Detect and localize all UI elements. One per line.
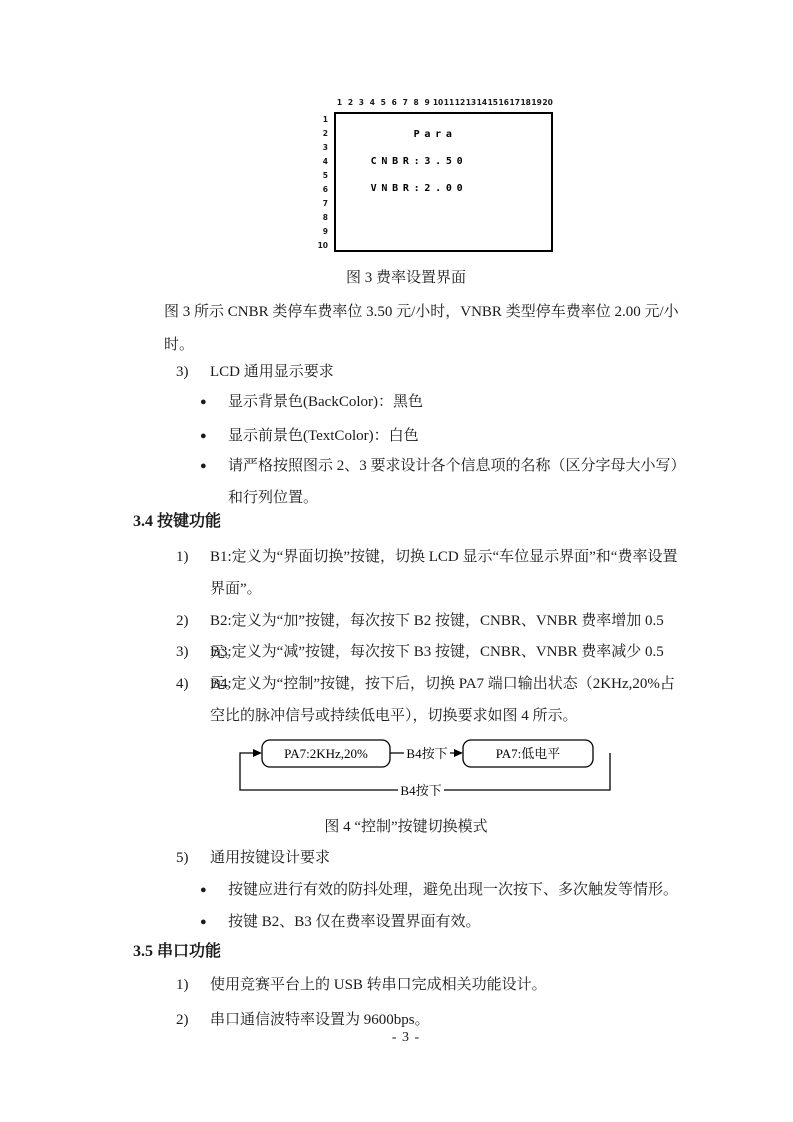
bullet-text: 显示背景色(BackColor)：黑色 (228, 386, 423, 418)
lcd-row-number: 1 (312, 112, 328, 126)
list-item-text: LCD 通用显示要求 (210, 356, 334, 388)
lcd-screen-char: 5 (444, 155, 455, 169)
lcd-screen-char: 0 (454, 182, 465, 196)
lcd-row-number: 4 (312, 154, 328, 168)
lcd-screen-char: : (411, 182, 422, 196)
lcd-screen-char: 2 (422, 182, 433, 196)
lcd-screen-char: B (390, 182, 401, 196)
bullet-icon: ● (200, 906, 228, 938)
lcd-col-number: 14 (476, 96, 487, 110)
arrowhead-icon (253, 749, 262, 757)
state-box-pulse-label: PA7:2KHz,20% (284, 746, 368, 761)
bullet-text: 显示前景色(TextColor)：白色 (228, 420, 419, 452)
list-item-marker: 3) (176, 636, 210, 668)
list-item-text: 通用按键设计要求 (210, 842, 330, 874)
list-item-marker: 3) (176, 356, 210, 388)
lcd-col-number: 11 (444, 96, 455, 110)
lcd-screen-char: a (444, 128, 455, 142)
forward-transition-label: B4按下 (406, 746, 447, 761)
lcd-screen-char: 3 (422, 155, 433, 169)
lcd-col-number: 10 (433, 96, 444, 110)
state-box-low-label: PA7:低电平 (496, 746, 561, 761)
lcd-col-number: 12 (454, 96, 465, 110)
bullet-text: 按键应进行有效的防抖处理，避免出现一次按下、多次触发等情形。 (228, 874, 678, 906)
figure4-caption: 图 4 “控制”按键切换模式 (133, 819, 679, 835)
lcd-col-number: 17 (509, 96, 520, 110)
figure3-caption: 图 3 费率设置界面 (133, 270, 679, 286)
lcd-screen-char: 0 (444, 182, 455, 196)
back-transition-label: B4按下 (400, 783, 441, 798)
lcd-screen-char: . (433, 182, 444, 196)
lcd-screen-char: N (379, 155, 390, 169)
bullet-icon: ● (200, 386, 228, 418)
lcd-col-number: 2 (345, 96, 356, 110)
bullet-item: ● 按键 B2、B3 仅在费率设置界面有效。 (200, 906, 680, 938)
lcd-screen: ParaCNBR:3.50VNBR:2.00 (336, 114, 551, 250)
list-item: 1) 使用竞赛平台上的 USB 转串口完成相关功能设计。 (176, 969, 680, 1001)
lcd-col-number: 3 (356, 96, 367, 110)
fig3-description: 图 3 所示 CNBR 类停车费率位 3.50 元/小时，VNBR 类型停车费率… (164, 296, 681, 362)
lcd-col-number: 16 (498, 96, 509, 110)
lcd-col-number: 6 (389, 96, 400, 110)
bullet-text: 按键 B2、B3 仅在费率设置界面有效。 (228, 906, 481, 938)
lcd-row-number: 8 (312, 210, 328, 224)
lcd-row-numbers: 12345678910 (312, 112, 328, 252)
page-number: - 3 - (133, 1030, 679, 1046)
lcd-col-number: 4 (367, 96, 378, 110)
section-3-5-title: 3.5 串口功能 (133, 936, 221, 968)
bullet-icon: ● (200, 450, 228, 482)
bullet-icon: ● (200, 420, 228, 452)
lcd-row-number: 10 (312, 238, 328, 252)
lcd-row-number: 6 (312, 182, 328, 196)
bullet-icon: ● (200, 874, 228, 906)
arrowhead-icon (454, 749, 463, 757)
section-3-4-title: 3.4 按键功能 (133, 506, 221, 538)
lcd-display-box: ParaCNBR:3.50VNBR:2.00 (334, 112, 553, 252)
bullet-item: ● 显示前景色(TextColor)：白色 (200, 420, 680, 452)
list-item-text: B1:定义为“界面切换”按键，切换 LCD 显示“车位显示界面”和“费率设置界面… (210, 541, 680, 605)
lcd-column-numbers: 1234567891011121314151617181920 (334, 96, 553, 110)
list-item-marker: 2) (176, 605, 210, 637)
lcd-row-number: 7 (312, 196, 328, 210)
lcd-col-number: 13 (465, 96, 476, 110)
list-item-text: B4:定义为“控制”按键，按下后，切换 PA7 端口输出状态（2KHz,20%占… (210, 668, 680, 732)
bullet-text: 请严格按照图示 2、3 要求设计各个信息项的名称（区分字母大小写）和行列位置。 (228, 450, 679, 514)
lcd-col-number: 19 (531, 96, 542, 110)
lcd-col-number: 5 (378, 96, 389, 110)
lcd-col-number: 15 (487, 96, 498, 110)
lcd-row-number: 2 (312, 126, 328, 140)
lcd-col-number: 9 (422, 96, 433, 110)
lcd-screen-char: . (433, 155, 444, 169)
list-item-text: 使用竞赛平台上的 USB 转串口完成相关功能设计。 (210, 969, 547, 1001)
lcd-screen-char: r (433, 128, 444, 142)
bullet-item: ● 显示背景色(BackColor)：黑色 (200, 386, 680, 418)
lcd-screen-char: B (390, 155, 401, 169)
list-item: 5) 通用按键设计要求 (176, 842, 680, 874)
lcd-row-number: 9 (312, 224, 328, 238)
lcd-screen-char: V (368, 182, 379, 196)
document-page: 1234567891011121314151617181920 12345678… (0, 0, 793, 1122)
lcd-screen-char: R (401, 155, 412, 169)
list-item: 4) B4:定义为“控制”按键，按下后，切换 PA7 端口输出状态（2KHz,2… (176, 668, 680, 732)
lcd-screen-char: a (422, 128, 433, 142)
list-item-marker: 1) (176, 541, 210, 573)
lcd-screen-char: 0 (454, 155, 465, 169)
lcd-screen-char: C (368, 155, 379, 169)
lcd-screen-char: N (379, 182, 390, 196)
lcd-row-number: 5 (312, 168, 328, 182)
list-item-marker: 5) (176, 842, 210, 874)
list-item: 1) B1:定义为“界面切换”按键，切换 LCD 显示“车位显示界面”和“费率设… (176, 541, 680, 605)
lcd-screen-char: : (411, 155, 422, 169)
lcd-row-number: 3 (312, 140, 328, 154)
list-item-marker: 4) (176, 668, 210, 700)
list-item: 3) LCD 通用显示要求 (176, 356, 679, 388)
lcd-col-number: 18 (520, 96, 531, 110)
lcd-screen-char: R (401, 182, 412, 196)
bullet-item: ● 请严格按照图示 2、3 要求设计各个信息项的名称（区分字母大小写）和行列位置… (200, 450, 680, 514)
bullet-item: ● 按键应进行有效的防抖处理，避免出现一次按下、多次触发等情形。 (200, 874, 680, 906)
lcd-col-number: 7 (400, 96, 411, 110)
list-item-marker: 1) (176, 969, 210, 1001)
lcd-screen-char: P (411, 128, 422, 142)
lcd-col-number: 1 (334, 96, 345, 110)
lcd-col-number: 8 (411, 96, 422, 110)
figure4-diagram: PA7:2KHz,20% PA7:低电平 B4按下 B4按下 (230, 733, 625, 803)
lcd-col-number: 20 (542, 96, 553, 110)
